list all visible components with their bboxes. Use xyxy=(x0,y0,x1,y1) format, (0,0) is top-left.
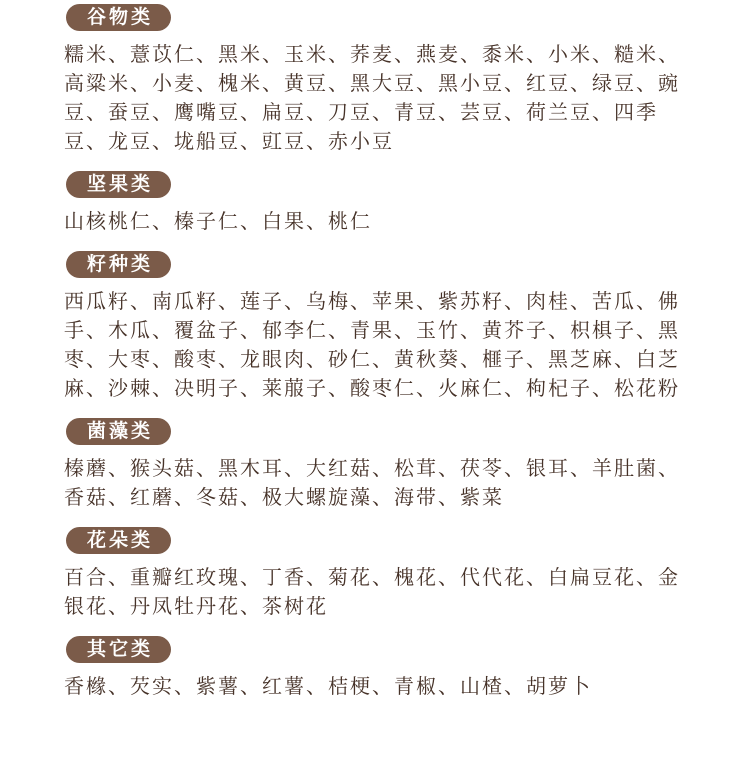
category-badge-flowers: 花朵类 xyxy=(66,527,171,554)
item-list-grains: 糯米、薏苡仁、黑米、玉米、荞麦、燕麦、黍米、小米、糙米、高粱米、小麦、槐米、黄豆… xyxy=(64,40,696,156)
section-grains: 谷物类 糯米、薏苡仁、黑米、玉米、荞麦、燕麦、黍米、小米、糙米、高粱米、小麦、槐… xyxy=(64,4,696,156)
item-list-flowers: 百合、重瓣红玫瑰、丁香、菊花、槐花、代代花、白扁豆花、金银花、丹凤牡丹花、茶树花 xyxy=(64,563,696,621)
section-seeds: 籽种类 西瓜籽、南瓜籽、莲子、乌梅、苹果、紫苏籽、肉桂、苦瓜、佛手、木瓜、覆盆子… xyxy=(64,251,696,403)
section-others: 其它类 香橼、芡实、紫薯、红薯、桔梗、青椒、山楂、胡萝卜 xyxy=(64,636,696,701)
category-badge-seeds: 籽种类 xyxy=(66,251,171,278)
item-list-seeds: 西瓜籽、南瓜籽、莲子、乌梅、苹果、紫苏籽、肉桂、苦瓜、佛手、木瓜、覆盆子、郁李仁… xyxy=(64,287,696,403)
section-nuts: 坚果类 山核桃仁、榛子仁、白果、桃仁 xyxy=(64,171,696,236)
item-list-fungi-algae: 榛蘑、猴头菇、黑木耳、大红菇、松茸、茯苓、银耳、羊肚菌、香菇、红蘑、冬菇、极大螺… xyxy=(64,454,696,512)
item-list-nuts: 山核桃仁、榛子仁、白果、桃仁 xyxy=(64,207,696,236)
section-flowers: 花朵类 百合、重瓣红玫瑰、丁香、菊花、槐花、代代花、白扁豆花、金银花、丹凤牡丹花… xyxy=(64,527,696,621)
category-badge-grains: 谷物类 xyxy=(66,4,171,31)
category-badge-others: 其它类 xyxy=(66,636,171,663)
item-list-others: 香橼、芡实、紫薯、红薯、桔梗、青椒、山楂、胡萝卜 xyxy=(64,672,696,701)
category-badge-fungi-algae: 菌藻类 xyxy=(66,418,171,445)
section-fungi-algae: 菌藻类 榛蘑、猴头菇、黑木耳、大红菇、松茸、茯苓、银耳、羊肚菌、香菇、红蘑、冬菇… xyxy=(64,418,696,512)
category-badge-nuts: 坚果类 xyxy=(66,171,171,198)
